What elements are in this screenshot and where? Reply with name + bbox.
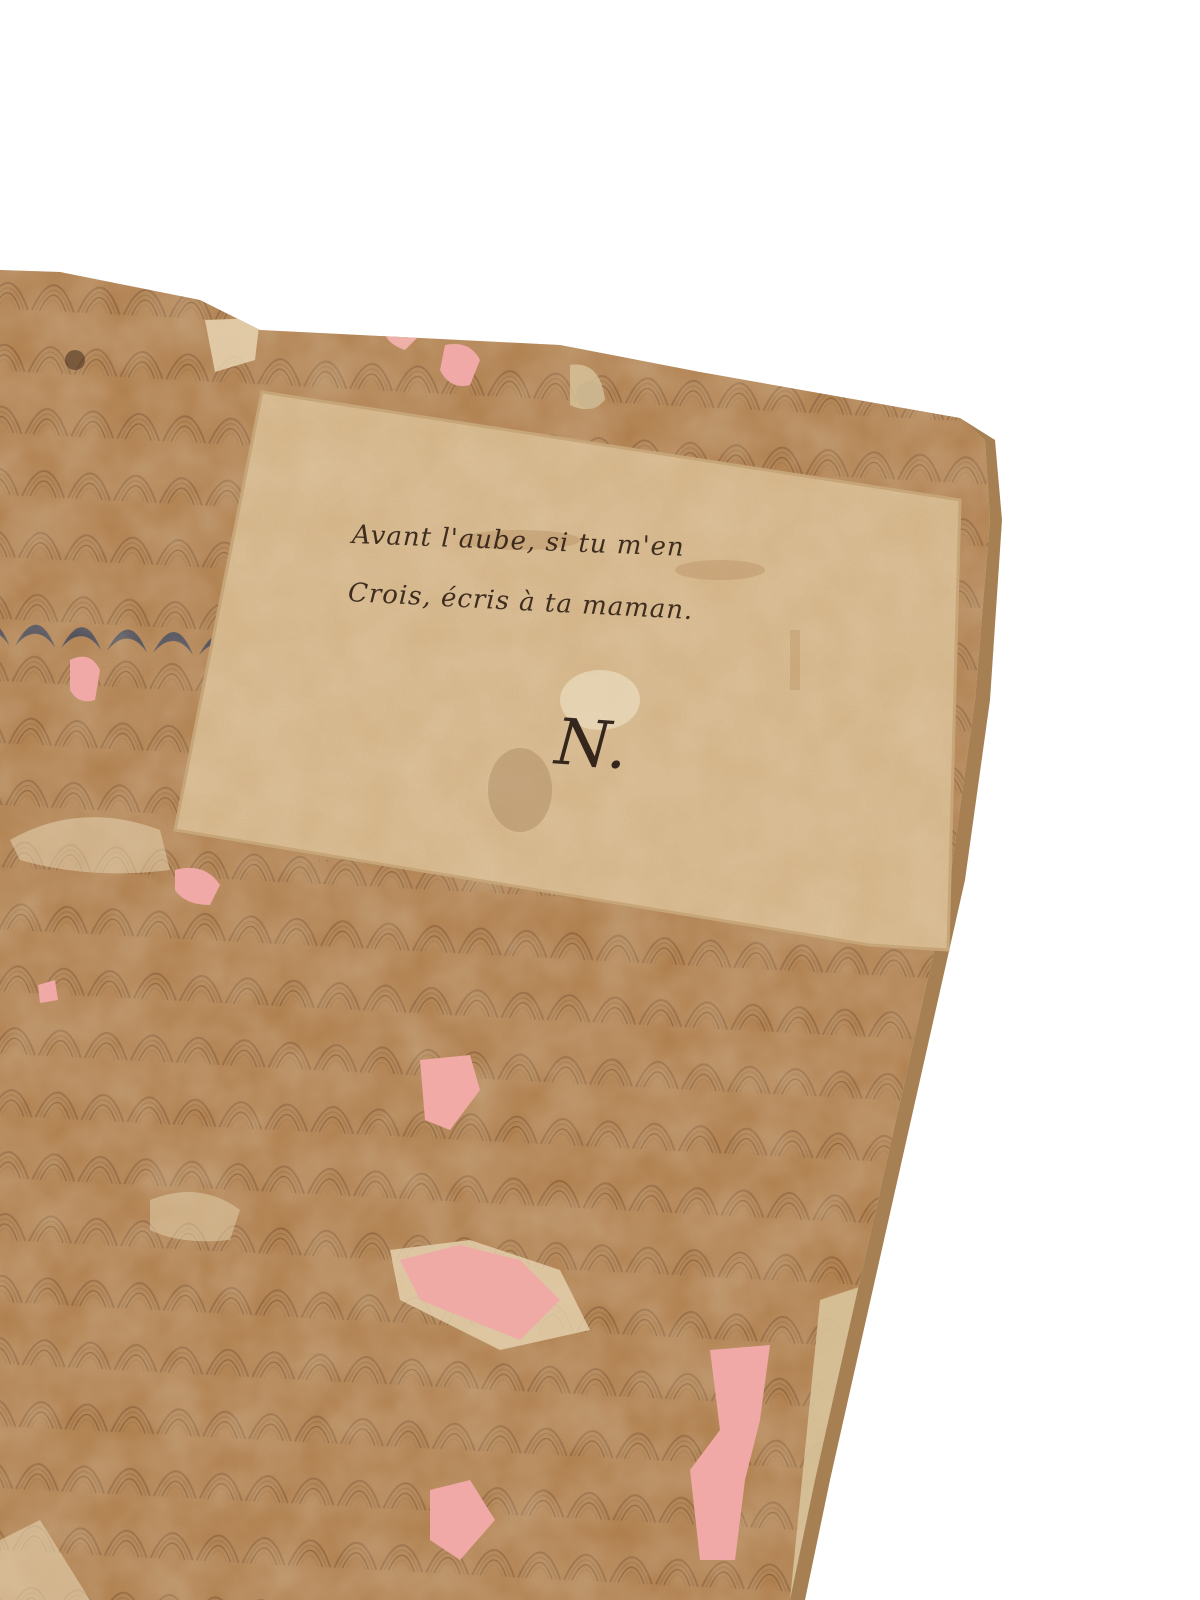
photograph: Avant l'aube, si tu m'en Crois, écris à … [0, 0, 1200, 1600]
book-cover-illustration [0, 0, 1200, 1600]
label-signature: N. [553, 706, 630, 785]
